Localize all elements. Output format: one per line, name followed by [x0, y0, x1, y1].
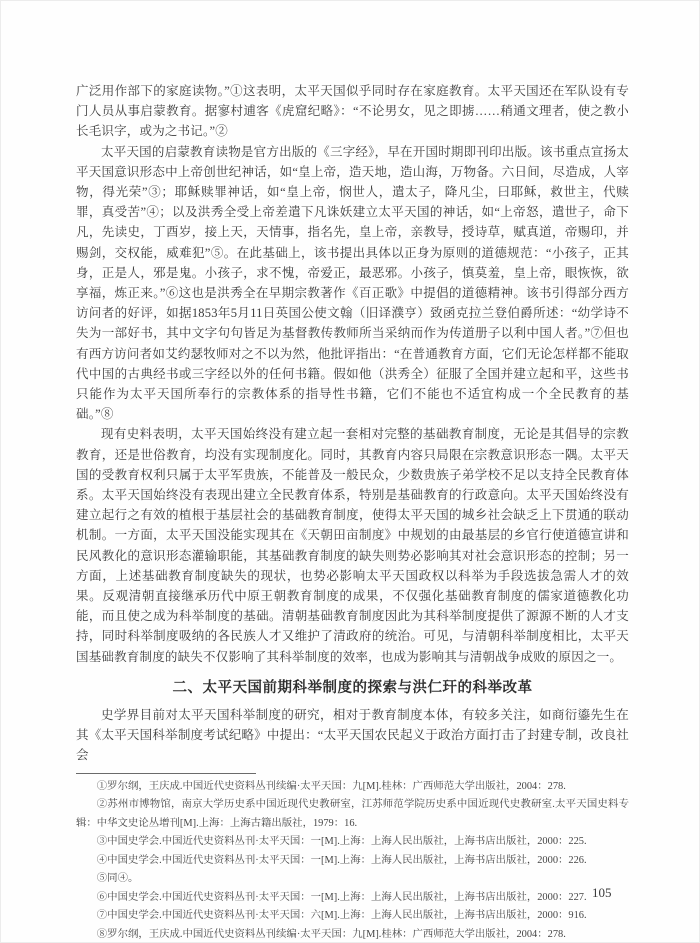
section-heading: 二、太平天国前期科举制度的探索与洪仁玕的科举改革: [76, 676, 629, 697]
body-paragraph: 太平天国的启蒙教育读物是官方出版的《三字经》，早在开国时期即刊印出版。该书重点宣…: [76, 142, 629, 425]
page-number: 105: [592, 885, 612, 901]
text-block: 广泛用作部下的家庭读物。”①这表明，太平天国似乎同时存在家庭教育。太平天国还在军…: [76, 81, 629, 943]
footnote: ⑦中国史学会.中国近代史资料丛刊·太平天国：六[M].上海：上海人民出版社，上海…: [76, 907, 629, 926]
paper-page: 广泛用作部下的家庭读物。”①这表明，太平天国似乎同时存在家庭教育。太平天国还在军…: [0, 0, 700, 943]
footnote: ③中国史学会.中国近代史资料丛刊·太平天国：一[M].上海：上海人民出版社，上海…: [76, 833, 629, 852]
footnote: ⑧罗尔纲，王庆成.中国近代史资料丛刊续编·太平天国：九[M].桂林：广西师范大学…: [76, 926, 629, 943]
body-paragraph: 史学界目前对太平天国科举制度的研究，相对于教育制度本体，有较多关注，如商衍鎏先生…: [76, 705, 629, 766]
footnote: ④中国史学会.中国近代史资料丛刊·太平天国：一[M].上海：上海人民出版社，上海…: [76, 852, 629, 871]
body-paragraph: 广泛用作部下的家庭读物。”①这表明，太平天国似乎同时存在家庭教育。太平天国还在军…: [76, 81, 629, 142]
footnote: ②苏州市博物馆，南京大学历史系中国近现代史教研室，江苏师范学院历史系中国近现代史…: [76, 796, 629, 833]
footnote: ⑤同④。: [76, 870, 629, 889]
footnote: ①罗尔纲，王庆成.中国近代史资料丛刊续编·太平天国：九[M].桂林：广西师范大学…: [76, 778, 629, 797]
footnotes-section: ①罗尔纲，王庆成.中国近代史资料丛刊续编·太平天国：九[M].桂林：广西师范大学…: [76, 778, 629, 943]
footnote-separator: [76, 773, 256, 774]
footnote: ⑥中国史学会.中国近代史资料丛刊·太平天国：一[M].上海：上海人民出版社，上海…: [76, 889, 629, 908]
body-paragraph: 现有史料表明，太平天国始终没有建立起一套相对完整的基础教育制度，无论是其倡导的宗…: [76, 424, 629, 666]
